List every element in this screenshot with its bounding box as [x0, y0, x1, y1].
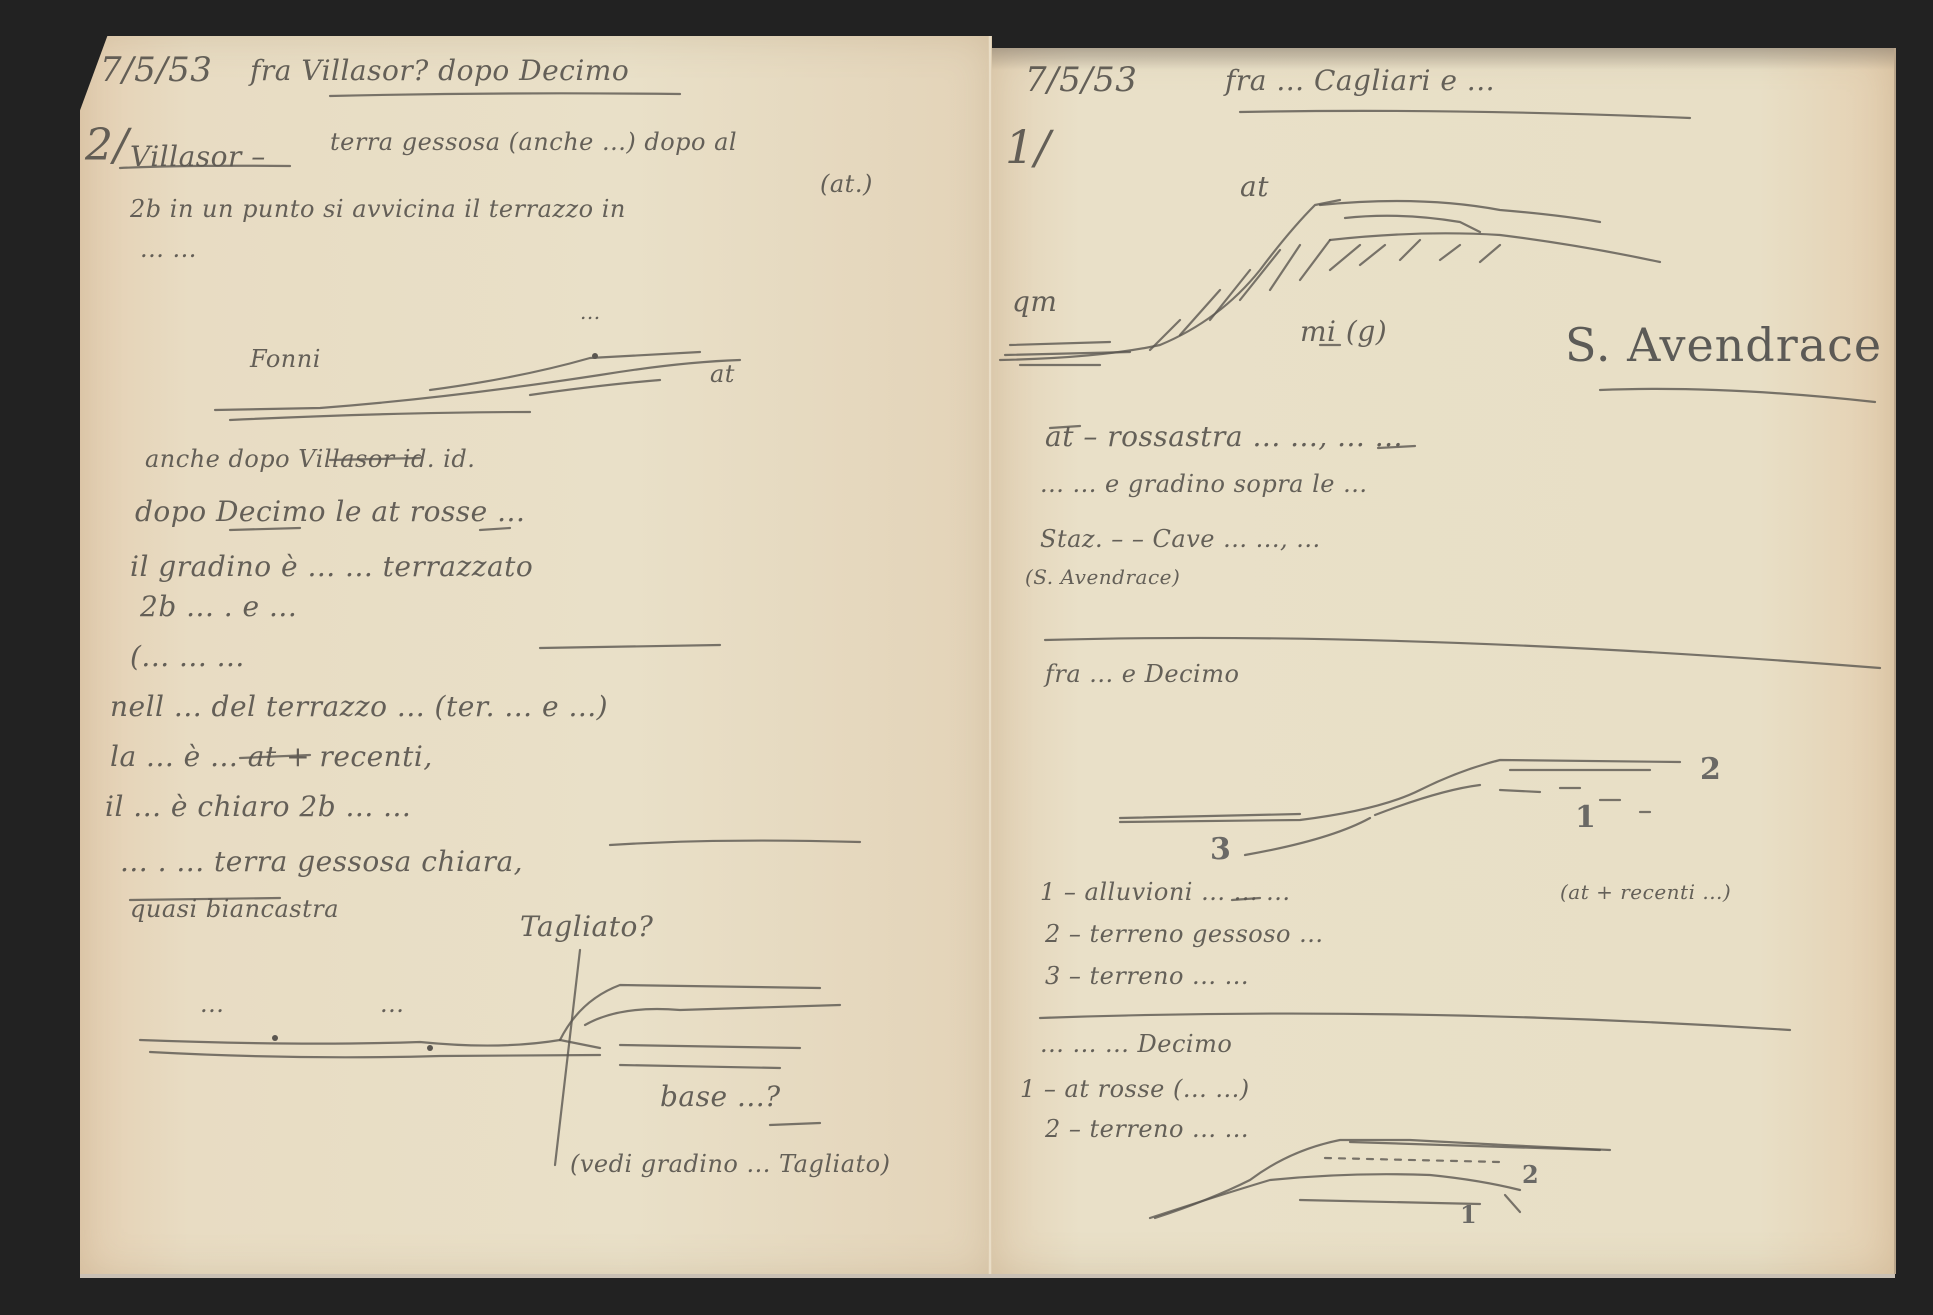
right-page-sketches	[0, 0, 1933, 1315]
